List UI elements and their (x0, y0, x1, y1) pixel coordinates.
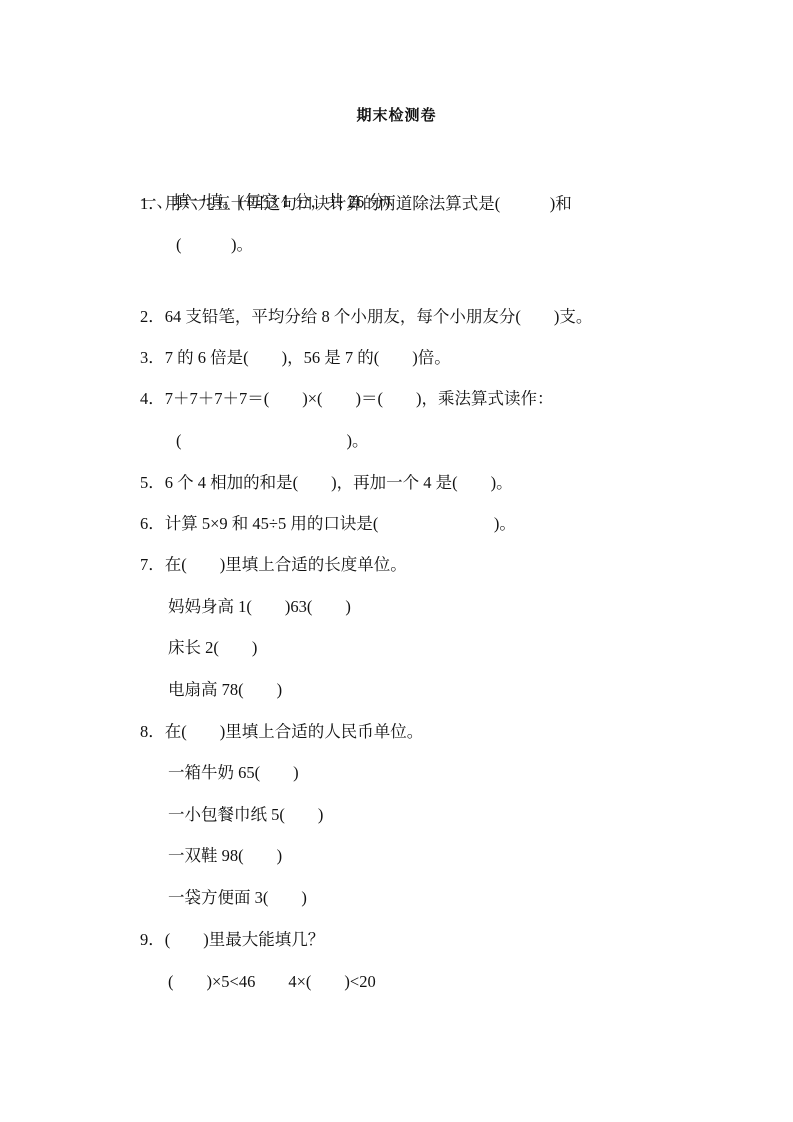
question-line-q9: 9．( )里最大能填几？ (140, 929, 324, 951)
question-line-q8c: 一双鞋 98( ) (168, 845, 282, 867)
question-line-q1a: 1．用六九五十四这句口诀计算的两道除法算式是( )和 (140, 193, 572, 215)
page-title: 期末检测卷 (0, 104, 793, 125)
question-line-q8d: 一袋方便面 3( ) (168, 887, 307, 909)
question-line-q7c: 电扇高 78( ) (168, 679, 282, 701)
question-line-q8a: 一箱牛奶 65( ) (168, 762, 299, 784)
question-line-q8b: 一小包餐巾纸 5( ) (168, 804, 323, 826)
question-line-q6: 6．计算 5×9 和 45÷5 用的口诀是( )。 (140, 513, 516, 535)
question-line-q9a: ( )×5<46 4×( )<20 (168, 971, 376, 993)
question-line-q7a: 妈妈身高 1( )63( ) (168, 596, 351, 618)
question-line-q1b: ( )。 (176, 234, 253, 256)
question-line-q7: 7．在( )里填上合适的长度单位。 (140, 554, 407, 576)
question-line-q3: 3．7 的 6 倍是( )，56 是 7 的( )倍。 (140, 347, 451, 369)
question-line-q8: 8．在( )里填上合适的人民币单位。 (140, 721, 423, 743)
question-line-q5: 5．6 个 4 相加的和是( )，再加一个 4 是( )。 (140, 472, 513, 494)
question-line-q4b: ( )。 (176, 430, 369, 452)
question-line-q4a: 4．7＋7＋7＋7＝( )×( )＝( )，乘法算式读作： (140, 388, 554, 410)
question-line-q2: 2．64 支铅笔，平均分给 8 个小朋友，每个小朋友分( )支。 (140, 306, 592, 328)
question-line-q7b: 床长 2( ) (168, 637, 257, 659)
